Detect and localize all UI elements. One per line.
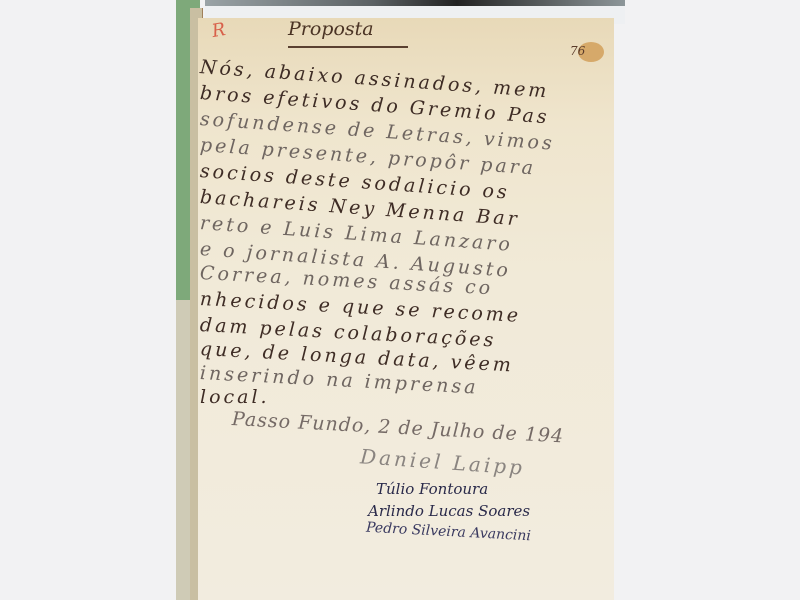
title-underline xyxy=(288,46,408,48)
signature: Túlio Fontoura xyxy=(376,480,488,498)
page-number: 76 xyxy=(570,44,585,58)
body-line: local. xyxy=(200,386,615,408)
red-annotation-mark: R xyxy=(210,19,227,42)
signature: Arlindo Lucas Soares xyxy=(368,502,530,520)
document-title: Proposta xyxy=(288,18,374,40)
